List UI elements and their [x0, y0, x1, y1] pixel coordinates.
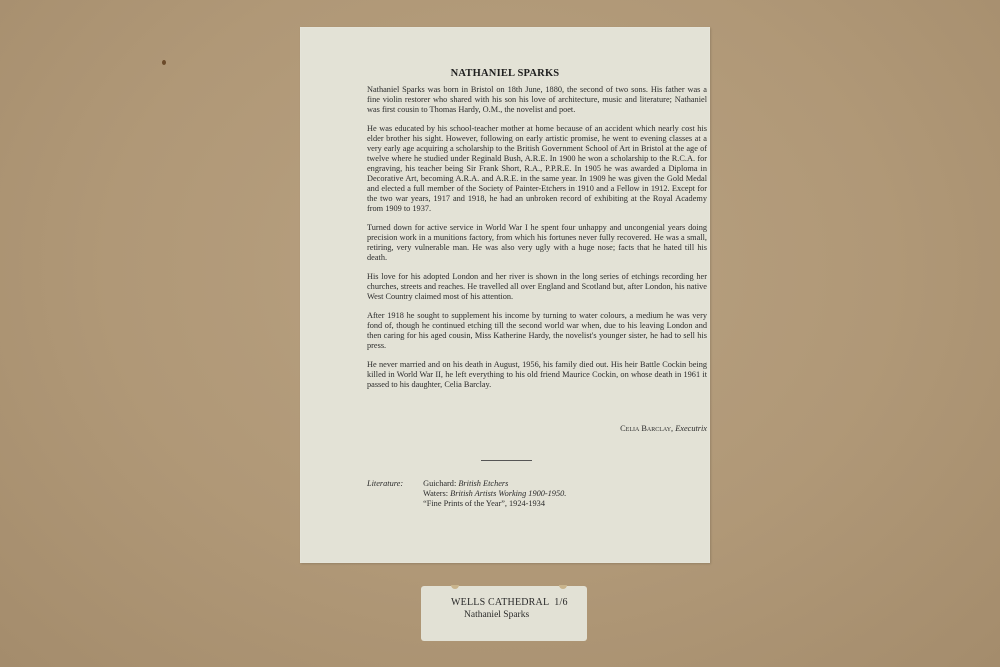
backing-speck — [162, 60, 166, 65]
paragraph-education: He was educated by his school-teacher mo… — [367, 124, 707, 214]
paragraph-watercolours: After 1918 he sought to supplement his i… — [367, 311, 707, 351]
paragraph-birth: Nathaniel Sparks was born in Bristol on … — [367, 85, 707, 115]
biography-body: Nathaniel Sparks was born in Bristol on … — [367, 85, 707, 399]
paragraph-london: His love for his adopted London and her … — [367, 272, 707, 302]
biography-sheet: NATHANIEL SPARKS Nathaniel Sparks was bo… — [300, 27, 710, 563]
literature-label: Literature: — [367, 479, 421, 489]
print-title-label: WELLS CATHEDRAL 1/6 Nathaniel Sparks — [421, 586, 587, 641]
label-print-title: WELLS CATHEDRAL 1/6 — [451, 597, 568, 608]
literature-entry: “Fine Prints of the Year”, 1924-1934 — [367, 499, 566, 509]
literature-section: Literature: Guichard: British Etchers Wa… — [367, 479, 566, 509]
literature-entry: Literature: Guichard: British Etchers — [367, 479, 566, 489]
signature-role: Executrix — [675, 424, 707, 433]
divider-rule — [481, 460, 532, 461]
label-artist-name: Nathaniel Sparks — [464, 610, 529, 620]
label-tear — [451, 585, 459, 589]
signature: Celia Barclay, Executrix — [367, 424, 707, 433]
paragraph-death: He never married and on his death in Aug… — [367, 360, 707, 390]
paragraph-war: Turned down for active service in World … — [367, 223, 707, 263]
label-tear — [559, 585, 567, 589]
document-title: NATHANIEL SPARKS — [300, 68, 710, 79]
signature-name: Celia Barclay — [620, 424, 671, 433]
literature-entry: Waters: British Artists Working 1900-195… — [367, 489, 566, 499]
